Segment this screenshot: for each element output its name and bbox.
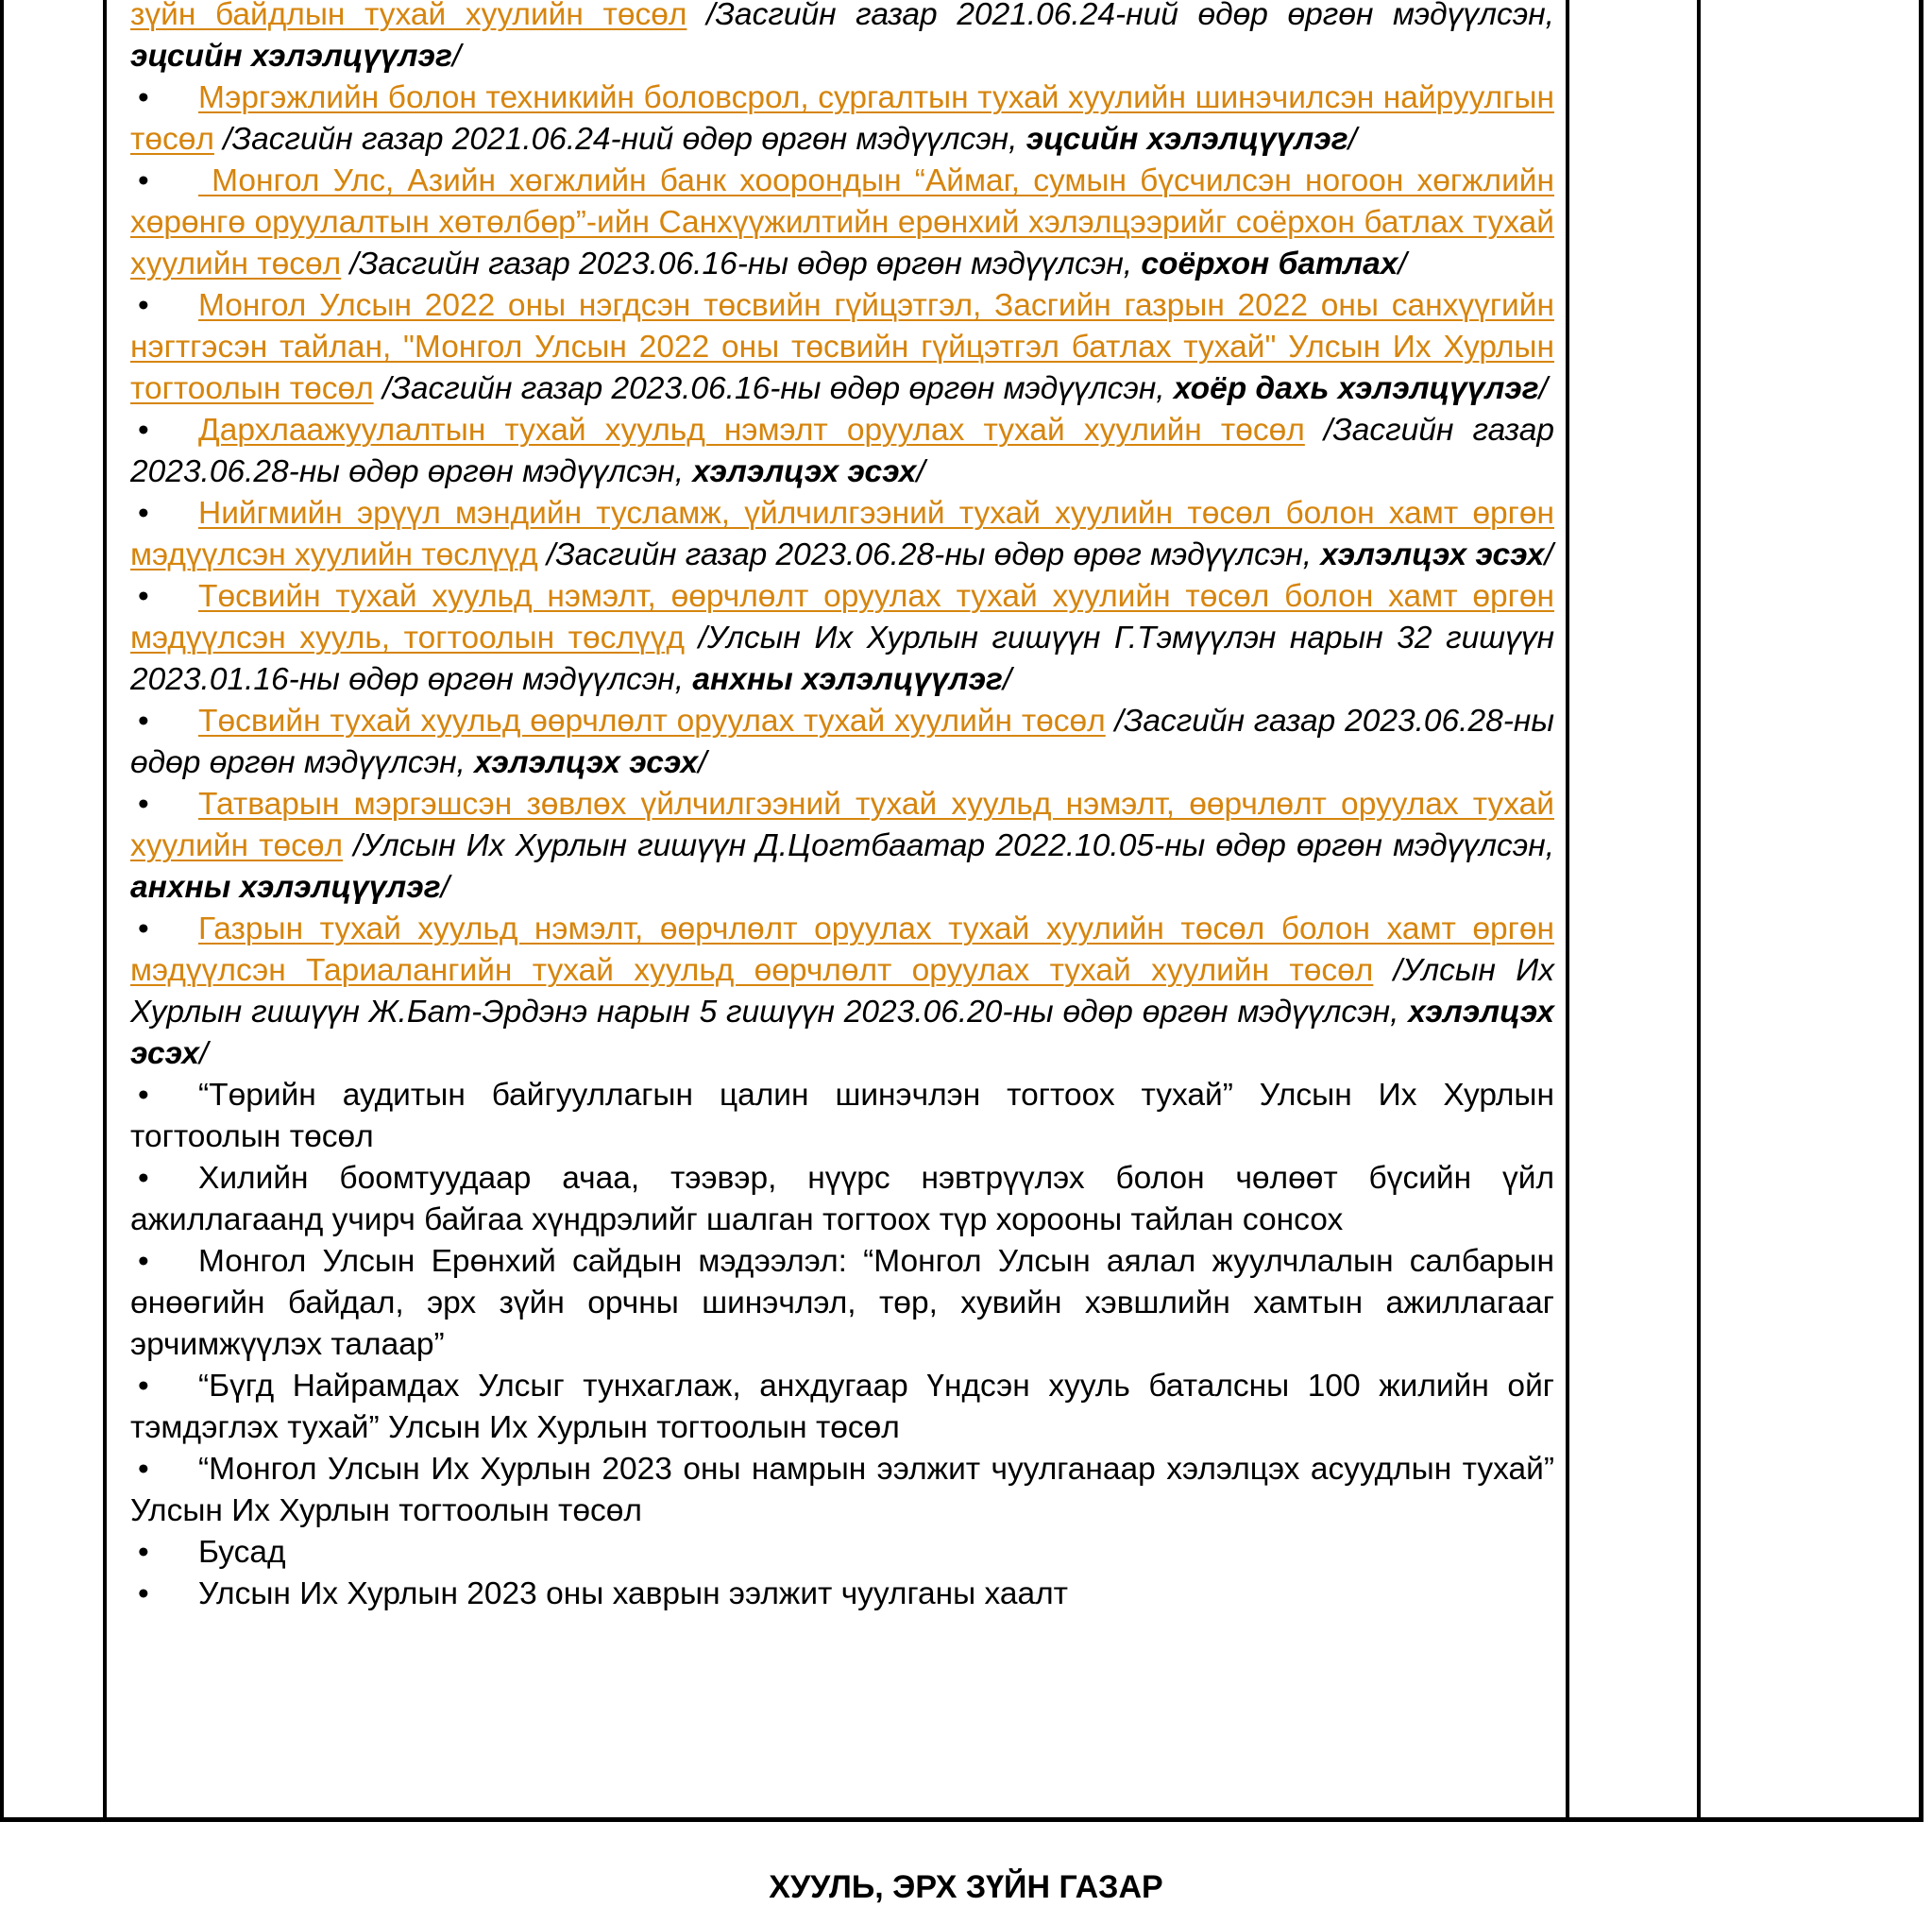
note-close: / bbox=[1539, 371, 1548, 406]
agenda-text: Улсын Их Хурлын 2023 оны хаврын ээлжит ч… bbox=[198, 1576, 1068, 1611]
bill-note: /Засгийн газар 2023.06.16-ны өдөр өргөн … bbox=[374, 371, 1548, 406]
list-item: •Хилийн боомтуудаар ачаа, тээвэр, нүүрс … bbox=[130, 1158, 1554, 1241]
stage-label: хэлэлцэх эсэх bbox=[474, 745, 698, 780]
bill-link[interactable]: Дархлаажуулалтын тухай хуульд нэмэлт ору… bbox=[198, 413, 1305, 448]
list-item: •“Монгол Улсын Их Хурлын 2023 оны намрын… bbox=[130, 1449, 1554, 1532]
stage-label: анхны хэлэлцүүлэг bbox=[130, 870, 441, 905]
bill-note: /Улсын Их Хурлын гишүүн Д.Цогтбаатар 202… bbox=[130, 828, 1554, 905]
bullet-icon: • bbox=[130, 285, 198, 327]
agenda-text: “Төрийн аудитын байгууллагын цалин шинэч… bbox=[130, 1078, 1554, 1154]
submission-info: /Засгийн газар 2023.06.28-ны өдөр өрөг м… bbox=[538, 537, 1321, 572]
bullet-icon: • bbox=[130, 410, 198, 451]
submission-info: /Засгийн газар 2021.06.24-ний өдөр өргөн… bbox=[686, 0, 1554, 32]
stage-label: эцсийн хэлэлцүүлэг bbox=[130, 39, 452, 74]
note-close: / bbox=[1348, 122, 1357, 157]
list-item: •Мэргэжлийн болон техникийн боловсрол, с… bbox=[130, 77, 1554, 161]
note-close: / bbox=[916, 454, 924, 489]
bullet-icon: • bbox=[130, 1075, 198, 1116]
submission-info: /Засгийн газар 2023.06.16-ны өдөр өргөн … bbox=[341, 247, 1141, 281]
submission-info: /Улсын Их Хурлын гишүүн Д.Цогтбаатар 202… bbox=[343, 828, 1554, 863]
bullet-icon: • bbox=[130, 1366, 198, 1407]
list-item: •“Бүгд Найрамдах Улсыг тунхаглаж, анхдуг… bbox=[130, 1366, 1554, 1449]
column-divider bbox=[1566, 0, 1569, 1817]
note-close: / bbox=[1003, 662, 1011, 697]
list-item: •Газрын тухай хуульд нэмэлт, өөрчлөлт ор… bbox=[130, 909, 1554, 1075]
bill-note: /Засгийн газар 2023.06.16-ны өдөр өргөн … bbox=[341, 247, 1407, 281]
section-heading: ХУУЛЬ, ЭРХ ЗҮЙН ГАЗАР bbox=[0, 1868, 1932, 1906]
bullet-icon: • bbox=[130, 1449, 198, 1490]
note-close: / bbox=[199, 1036, 208, 1071]
bill-link[interactable]: Газрын тухай хуульд нэмэлт, өөрчлөлт ору… bbox=[130, 911, 1554, 988]
stage-label: хоёр дахь хэлэлцүүлэг bbox=[1174, 371, 1539, 406]
list-item: •Төсвийн тухай хуульд нэмэлт, өөрчлөлт о… bbox=[130, 576, 1554, 701]
bill-link[interactable]: зүйн байдлын тухай хуулийн төсөл bbox=[130, 0, 686, 32]
bullet-icon: • bbox=[130, 493, 198, 535]
list-item: •Монгол Улсын 2022 оны нэгдсэн төсвийн г… bbox=[130, 285, 1554, 410]
agenda-text: Бусад bbox=[198, 1535, 286, 1570]
stage-label: эцсийн хэлэлцүүлэг bbox=[1026, 122, 1348, 157]
column-divider bbox=[103, 0, 107, 1817]
note-close: / bbox=[1398, 247, 1406, 281]
bullet-icon: • bbox=[130, 1574, 198, 1615]
bullet-icon: • bbox=[130, 576, 198, 618]
bill-note: /Засгийн газар 2023.06.28-ны өдөр өрөг м… bbox=[538, 537, 1553, 572]
column-divider bbox=[1697, 0, 1701, 1817]
stage-label: анхны хэлэлцүүлэг bbox=[692, 662, 1003, 697]
agenda-table: зүйн байдлын тухай хуулийн төсөл /Засгий… bbox=[0, 0, 1924, 1822]
list-item: •Улсын Их Хурлын 2023 оны хаврын ээлжит … bbox=[130, 1574, 1554, 1615]
list-item: •Дархлаажуулалтын тухай хуульд нэмэлт ор… bbox=[130, 410, 1554, 493]
agenda-list: зүйн байдлын тухай хуулийн төсөл /Засгий… bbox=[130, 0, 1554, 1615]
list-item: • Монгол Улс, Азийн хөгжлийн банк хоорон… bbox=[130, 161, 1554, 285]
list-item: •Төсвийн тухай хуульд өөрчлөлт оруулах т… bbox=[130, 701, 1554, 784]
note-close: / bbox=[452, 39, 461, 74]
note-close: / bbox=[698, 745, 706, 780]
agenda-text: “Бүгд Найрамдах Улсыг тунхаглаж, анхдуга… bbox=[130, 1369, 1554, 1445]
submission-info: /Засгийн газар 2023.06.16-ны өдөр өргөн … bbox=[374, 371, 1174, 406]
agenda-text: “Монгол Улсын Их Хурлын 2023 оны намрын … bbox=[130, 1452, 1554, 1528]
bullet-icon: • bbox=[130, 161, 198, 202]
bill-note: /Засгийн газар 2021.06.24-ний өдөр өргөн… bbox=[214, 122, 1357, 157]
stage-label: хэлэлцэх эсэх bbox=[1320, 537, 1544, 572]
bullet-icon: • bbox=[130, 1532, 198, 1574]
agenda-text: Хилийн боомтуудаар ачаа, тээвэр, нүүрс н… bbox=[130, 1161, 1554, 1237]
list-item: •Татварын мэргэшсэн зөвлөх үйлчилгээний … bbox=[130, 784, 1554, 909]
list-item: •Монгол Улсын Ерөнхий сайдын мэдээлэл: “… bbox=[130, 1241, 1554, 1366]
note-close: / bbox=[441, 870, 449, 905]
stage-label: соёрхон батлах bbox=[1141, 247, 1398, 281]
submission-info: /Засгийн газар 2021.06.24-ний өдөр өргөн… bbox=[214, 122, 1026, 157]
note-close: / bbox=[1544, 537, 1552, 572]
bullet-icon: • bbox=[130, 909, 198, 950]
list-item: •“Төрийн аудитын байгууллагын цалин шинэ… bbox=[130, 1075, 1554, 1158]
bullet-icon: • bbox=[130, 1241, 198, 1283]
stage-label: хэлэлцэх эсэх bbox=[692, 454, 916, 489]
list-item: •Бусад bbox=[130, 1532, 1554, 1574]
list-item: •Нийгмийн эрүүл мэндийн тусламж, үйлчилг… bbox=[130, 493, 1554, 576]
agenda-text: Монгол Улсын Ерөнхий сайдын мэдээлэл: “М… bbox=[130, 1244, 1554, 1362]
bullet-icon: • bbox=[130, 77, 198, 119]
bullet-icon: • bbox=[130, 701, 198, 742]
list-item: зүйн байдлын тухай хуулийн төсөл /Засгий… bbox=[130, 0, 1554, 77]
bill-link[interactable]: Төсвийн тухай хуульд өөрчлөлт оруулах ту… bbox=[198, 704, 1106, 739]
bullet-icon: • bbox=[130, 784, 198, 826]
bullet-icon: • bbox=[130, 1158, 198, 1200]
